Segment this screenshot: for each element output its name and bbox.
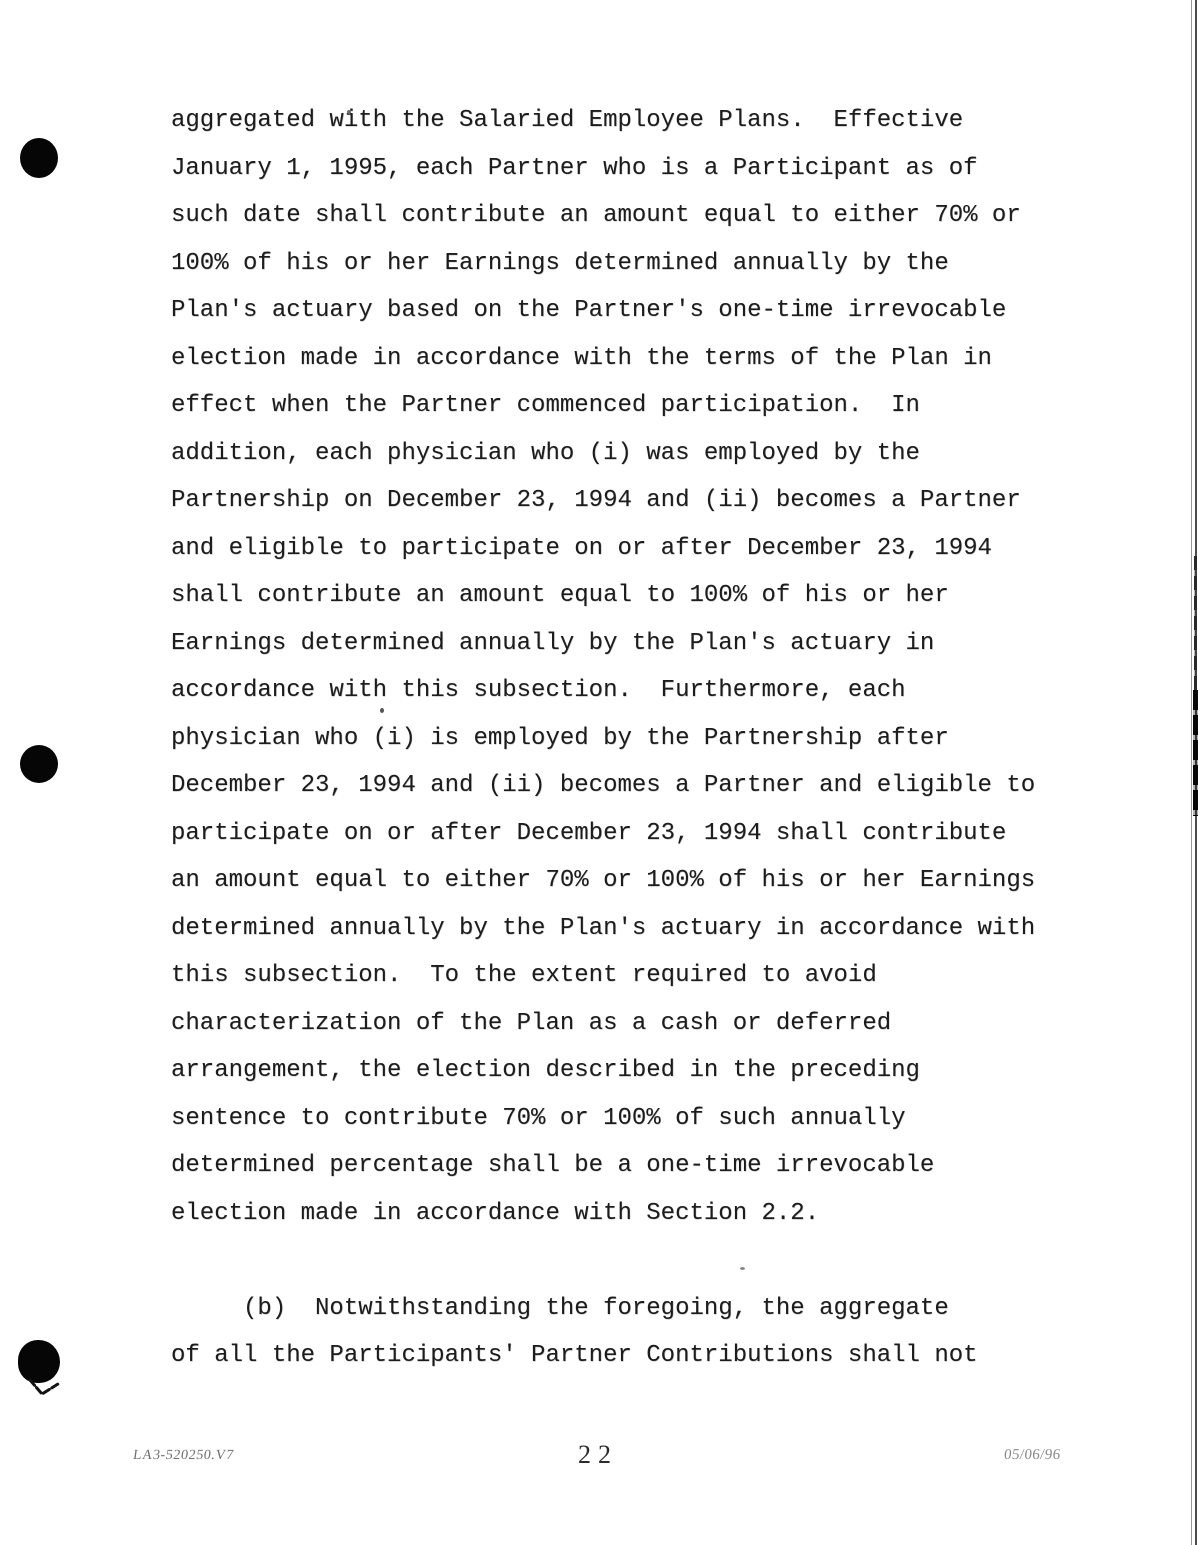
text-line: 100% of his or her Earnings determined a… <box>171 240 1071 288</box>
scan-speck <box>347 110 351 114</box>
text-line: determined percentage shall be a one-tim… <box>171 1142 1071 1190</box>
body-text: aggregated with the Salaried Employee Pl… <box>171 97 1071 1380</box>
text-line: Partnership on December 23, 1994 and (ii… <box>171 477 1071 525</box>
text-line: Plan's actuary based on the Partner's on… <box>171 287 1071 335</box>
text-line: addition, each physician who (i) was emp… <box>171 430 1071 478</box>
scan-speck <box>740 1267 745 1270</box>
text-line: January 1, 1995, each Partner who is a P… <box>171 145 1071 193</box>
text-line: of all the Participants' Partner Contrib… <box>171 1332 1071 1380</box>
text-line: Earnings determined annually by the Plan… <box>171 620 1071 668</box>
text-line: December 23, 1994 and (ii) becomes a Par… <box>171 762 1071 810</box>
scan-edge-segment-dark <box>1193 690 1198 816</box>
date-stamp: 05/06/96 <box>1003 1447 1061 1464</box>
text-line: shall contribute an amount equal to 100%… <box>171 572 1071 620</box>
pen-mark-tail <box>26 1378 62 1400</box>
text-line: aggregated with the Salaried Employee Pl… <box>171 97 1071 145</box>
scan-speck <box>380 708 384 713</box>
text-line: (b) Notwithstanding the foregoing, the a… <box>171 1285 1071 1333</box>
document-id: LA3-520250.V7 <box>132 1448 235 1464</box>
hole-punch-dot-top <box>20 138 58 178</box>
text-line: determined annually by the Plan's actuar… <box>171 905 1071 953</box>
hole-punch-dot-bottom <box>18 1340 60 1383</box>
text-line <box>171 1237 1071 1285</box>
document-page: aggregated with the Salaried Employee Pl… <box>0 0 1198 1545</box>
text-line: an amount equal to either 70% or 100% of… <box>171 857 1071 905</box>
text-line: effect when the Partner commenced partic… <box>171 382 1071 430</box>
text-line: physician who (i) is employed by the Par… <box>171 715 1071 763</box>
text-line: such date shall contribute an amount equ… <box>171 192 1071 240</box>
scan-edge-line-faint <box>1191 0 1192 1545</box>
text-line: arrangement, the election described in t… <box>171 1047 1071 1095</box>
text-line: and eligible to participate on or after … <box>171 525 1071 573</box>
hole-punch-dot-middle <box>20 745 58 783</box>
text-line: accordance with this subsection. Further… <box>171 667 1071 715</box>
text-line: election made in accordance with Section… <box>171 1190 1071 1238</box>
text-line: election made in accordance with the ter… <box>171 335 1071 383</box>
page-number: 22 <box>578 1440 618 1470</box>
text-line: participate on or after December 23, 199… <box>171 810 1071 858</box>
text-line: characterization of the Plan as a cash o… <box>171 1000 1071 1048</box>
scan-edge-segment <box>1194 556 1197 692</box>
text-line: sentence to contribute 70% or 100% of su… <box>171 1095 1071 1143</box>
text-line: this subsection. To the extent required … <box>171 952 1071 1000</box>
